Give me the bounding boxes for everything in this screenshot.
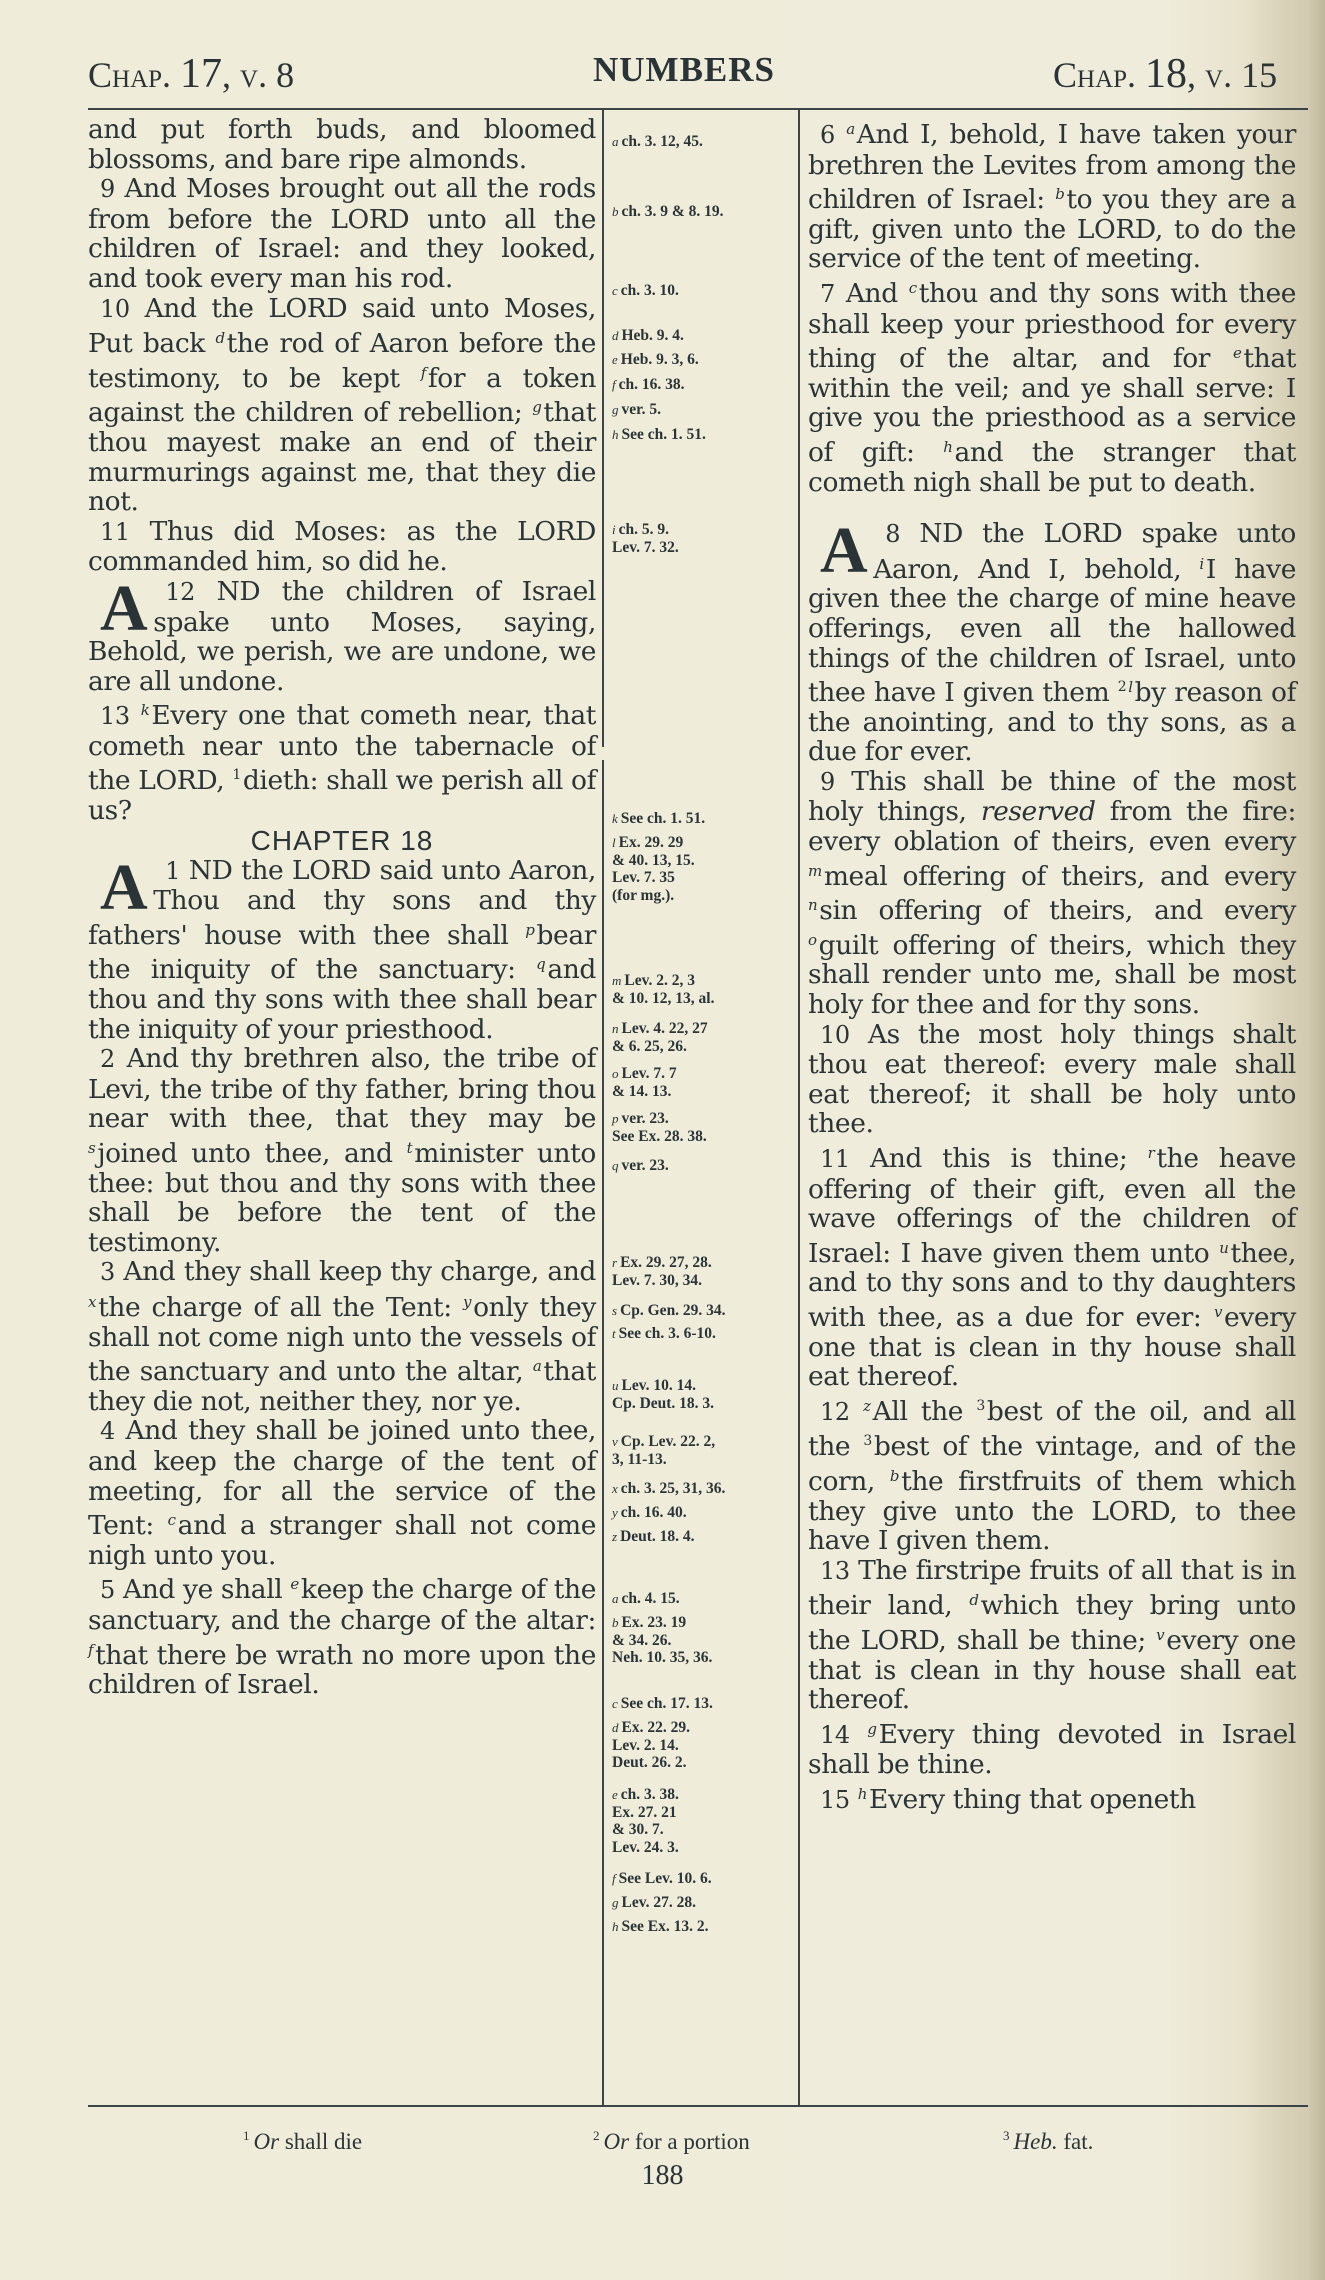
reference-letter: p <box>612 1111 619 1126</box>
cross-reference-item[interactable]: bEx. 23. 19 & 34. 26. Neh. 10. 35, 36. <box>612 1614 792 1667</box>
cross-reference-item[interactable]: oLev. 7. 7 & 14. 13. <box>612 1065 792 1100</box>
cross-reference-item[interactable]: cSee ch. 17. 13. <box>612 1695 792 1713</box>
cross-ref-marker[interactable]: p <box>525 921 534 939</box>
footnote-2: 2Or for a portion <box>593 2128 750 2155</box>
verse-17-11: 11 Thus did Moses: as the LORD commanded… <box>88 517 596 577</box>
column-divider-left-upper <box>602 110 604 747</box>
reference-letter: e <box>612 1787 618 1802</box>
cross-ref-marker[interactable]: e <box>1233 344 1241 362</box>
drop-cap: A <box>808 525 867 577</box>
book-title: NUMBERS <box>593 50 775 90</box>
cross-reference-item[interactable]: uLev. 10. 14. Cp. Deut. 18. 3. <box>612 1377 792 1412</box>
reference-letter: h <box>612 1919 619 1934</box>
verse-18-15: 15 hEvery thing that openeth <box>808 1780 1296 1816</box>
reference-text: See ch. 17. 13. <box>621 1695 713 1712</box>
cross-ref-marker[interactable]: e <box>290 1575 298 1593</box>
reference-letter: d <box>612 328 619 343</box>
cross-reference-item[interactable]: dEx. 22. 29. Lev. 2. 14. Deut. 26. 2. <box>612 1719 792 1772</box>
verse-18-12: 12 zAll the 3best of the oil, and all th… <box>808 1392 1296 1556</box>
cross-reference-item[interactable]: ych. 16. 40. <box>612 1504 792 1522</box>
reference-letter: r <box>612 1255 617 1270</box>
verse-18-8: 8 AND the LORD spake unto Aaron, And I, … <box>808 519 1296 767</box>
cross-reference-item[interactable]: gver. 5. <box>612 401 792 419</box>
verse-18-6: 6 aAnd I, behold, I have taken your bret… <box>808 115 1296 274</box>
chapter-heading: CHAPTER 18 <box>88 826 596 856</box>
verse-18-1: 1 AND the LORD said unto Aaron, Thou and… <box>88 856 596 1045</box>
verse-17-9: 9 And Moses brought out all the rods fro… <box>88 174 596 293</box>
cross-reference-item[interactable]: dHeb. 9. 4. <box>612 327 792 345</box>
verse-18-13: 13 The firstripe fruits of all that is i… <box>808 1556 1296 1715</box>
cross-ref-marker[interactable]: y <box>463 1293 471 1311</box>
cross-ref-marker[interactable]: b <box>1055 185 1064 203</box>
cross-reference-item[interactable]: ach. 3. 12, 45. <box>612 133 792 151</box>
reference-text: See ch. 1. 51. <box>621 810 705 827</box>
reference-text: ver. 5. <box>622 401 661 418</box>
reference-letter: k <box>612 811 618 826</box>
reference-letter: l <box>612 835 616 850</box>
page-edge-shadow <box>1307 0 1325 2280</box>
cross-ref-marker[interactable]: b <box>890 1467 899 1485</box>
cross-ref-marker[interactable]: r <box>1148 1144 1155 1162</box>
cross-reference-item[interactable]: xch. 3. 25, 31, 36. <box>612 1480 792 1498</box>
reference-text: See ch. 3. 6-10. <box>619 1325 716 1342</box>
cross-ref-marker[interactable]: q <box>536 955 545 973</box>
reference-letter: b <box>612 1615 619 1630</box>
reference-text: See Ex. 13. 2. <box>622 1918 709 1935</box>
text-column-right: 6 aAnd I, behold, I have taken your bret… <box>808 115 1296 1815</box>
reference-text: Lev. 7. 7 & 14. 13. <box>612 1065 677 1100</box>
cross-reference-item[interactable]: fch. 16. 38. <box>612 376 792 394</box>
cross-reference-item[interactable]: nLev. 4. 22, 27 & 6. 25, 26. <box>612 1020 792 1055</box>
verse-18-4: 4 And they shall be joined unto thee, an… <box>88 1416 596 1570</box>
cross-ref-marker[interactable]: c <box>168 1511 176 1529</box>
reference-text: ch. 3. 25, 31, 36. <box>621 1480 726 1497</box>
reference-letter: q <box>612 1158 619 1173</box>
reference-text: Lev. 27. 28. <box>622 1894 697 1911</box>
cross-reference-item[interactable]: mLev. 2. 2, 3 & 10. 12, 13, al. <box>612 972 792 1007</box>
running-header: Chap. 17, v. 8 NUMBERS Chap. 18, v. 15 <box>88 50 1318 100</box>
reference-letter: o <box>612 1066 619 1081</box>
cross-reference-item[interactable]: qver. 23. <box>612 1157 792 1175</box>
cross-ref-marker[interactable]: u <box>1219 1239 1228 1257</box>
cross-ref-marker[interactable]: v <box>1156 1626 1164 1644</box>
reference-letter: y <box>612 1505 618 1520</box>
reference-text: Deut. 18. 4. <box>620 1528 694 1545</box>
reference-text: Lev. 4. 22, 27 & 6. 25, 26. <box>612 1020 708 1055</box>
cross-reference-item[interactable]: lEx. 29. 29 & 40. 13, 15. Lev. 7. 35 (fo… <box>612 834 792 904</box>
page-number: 188 <box>0 2160 1325 2192</box>
cross-ref-marker[interactable]: t <box>407 1139 413 1157</box>
cross-ref-marker[interactable]: m <box>808 862 822 880</box>
reference-text: Heb. 9. 4. <box>622 327 684 344</box>
reference-letter: t <box>612 1326 616 1341</box>
header-left-reference: Chap. 17, v. 8 <box>88 50 294 98</box>
cross-ref-marker[interactable]: n <box>808 896 817 914</box>
reference-letter: f <box>612 1871 616 1886</box>
cross-reference-item[interactable]: sCp. Gen. 29. 34. <box>612 1302 792 1320</box>
reference-letter: b <box>612 204 619 219</box>
reference-letter: a <box>612 134 619 149</box>
cross-ref-marker[interactable]: d <box>969 1591 978 1609</box>
reference-text: See ch. 1. 51. <box>622 426 706 443</box>
reference-letter: v <box>612 1434 618 1449</box>
book-page: Chap. 17, v. 8 NUMBERS Chap. 18, v. 15 a… <box>0 0 1325 2280</box>
footnote-marker[interactable]: 2 <box>1118 679 1127 695</box>
reference-letter: s <box>612 1303 617 1318</box>
reference-letter: h <box>612 427 619 442</box>
reference-letter: i <box>612 522 616 537</box>
cross-ref-marker[interactable]: f <box>421 364 426 382</box>
footnote-3: 3Heb. fat. <box>1003 2128 1093 2155</box>
cross-ref-marker[interactable]: i <box>1199 555 1203 573</box>
verse-17-13: 13 kEvery one that cometh near, that com… <box>88 696 596 825</box>
reference-text: ch. 3. 38. Ex. 27. 21 & 30. 7. Lev. 24. … <box>612 1786 679 1856</box>
reference-text: ch. 5. 9. Lev. 7. 32. <box>612 521 679 556</box>
verse-18-3: 3 And they shall keep thy charge, and xt… <box>88 1257 596 1416</box>
footnote-marker[interactable]: 3 <box>976 1398 985 1414</box>
cross-ref-marker[interactable]: l <box>1128 678 1132 696</box>
reference-letter: n <box>612 1021 619 1036</box>
reference-text: ver. 23. <box>622 1157 669 1174</box>
cross-reference-item[interactable]: ich. 5. 9. Lev. 7. 32. <box>612 521 792 556</box>
cross-reference-item[interactable]: ech. 3. 38. Ex. 27. 21 & 30. 7. Lev. 24.… <box>612 1786 792 1856</box>
cross-ref-marker[interactable]: x <box>88 1293 96 1311</box>
reference-letter: c <box>612 1696 618 1711</box>
reference-text: ch. 16. 40. <box>621 1504 687 1521</box>
reference-text: ch. 16. 38. <box>619 376 685 393</box>
reference-text: Ex. 29. 29 & 40. 13, 15. Lev. 7. 35 (for… <box>612 834 695 904</box>
reference-text: ch. 3. 10. <box>621 282 679 299</box>
cross-ref-marker[interactable]: a <box>533 1357 542 1375</box>
verse-18-2: 2 And thy brethren also, the tribe of Le… <box>88 1044 596 1257</box>
reference-text: ch. 3. 12, 45. <box>622 133 703 150</box>
cross-ref-marker[interactable]: d <box>215 329 224 347</box>
reference-text: Cp. Gen. 29. 34. <box>620 1302 726 1319</box>
reference-text: Lev. 10. 14. Cp. Deut. 18. 3. <box>612 1377 714 1412</box>
reference-letter: c <box>612 283 618 298</box>
reference-letter: d <box>612 1720 619 1735</box>
verse-18-7: 7 And cthou and thy sons with thee shall… <box>808 274 1296 497</box>
header-rule <box>88 108 1308 110</box>
reference-text: Ex. 29. 27, 28. Lev. 7. 30, 34. <box>612 1254 712 1289</box>
footnote-marker[interactable]: 3 <box>863 1433 872 1449</box>
reference-text: Cp. Lev. 22. 2, 3, 11-13. <box>612 1433 715 1468</box>
cross-reference-item[interactable]: vCp. Lev. 22. 2, 3, 11-13. <box>612 1433 792 1468</box>
cross-ref-marker[interactable]: c <box>909 279 917 297</box>
cross-reference-item[interactable]: tSee ch. 3. 6-10. <box>612 1325 792 1343</box>
reference-letter: m <box>612 973 621 988</box>
cross-ref-marker[interactable]: o <box>808 931 817 949</box>
cross-reference-item[interactable]: rEx. 29. 27, 28. Lev. 7. 30, 34. <box>612 1254 792 1289</box>
reference-text: Ex. 22. 29. Lev. 2. 14. Deut. 26. 2. <box>612 1719 690 1771</box>
verse-18-14: 14 gEvery thing devoted in Israel shall … <box>808 1715 1296 1780</box>
text-column-left: and put forth buds, and bloomed blossoms… <box>88 115 596 1700</box>
cross-ref-marker[interactable]: s <box>88 1139 95 1157</box>
cross-reference-item[interactable]: gLev. 27. 28. <box>612 1894 792 1912</box>
column-divider-right <box>798 110 800 2105</box>
cross-reference-item[interactable]: pver. 23. See Ex. 28. 38. <box>612 1110 792 1145</box>
cross-ref-marker[interactable]: g <box>532 398 541 416</box>
drop-cap: A <box>88 583 147 635</box>
cross-ref-marker[interactable]: z <box>863 1397 871 1415</box>
footnote-rule <box>88 2105 1308 2107</box>
reference-letter: f <box>612 377 616 392</box>
cross-reference-item[interactable]: ach. 4. 15. <box>612 1590 792 1608</box>
verse-18-9: 9 This shall be thine of the most holy t… <box>808 767 1296 1020</box>
reference-letter: z <box>612 1529 617 1544</box>
reference-letter: g <box>612 1895 619 1910</box>
verse-continuation: and put forth buds, and bloomed blossoms… <box>88 115 596 174</box>
cross-ref-marker[interactable]: f <box>88 1641 93 1659</box>
header-right-reference: Chap. 18, v. 15 <box>1053 50 1277 98</box>
footnotes: 1Or shall die 2Or for a portion 3Heb. fa… <box>0 2128 1325 2158</box>
reference-text: Ex. 23. 19 & 34. 26. Neh. 10. 35, 36. <box>612 1614 712 1666</box>
reference-text: Heb. 9. 3, 6. <box>621 351 699 368</box>
reference-letter: u <box>612 1378 619 1393</box>
footnote-marker[interactable]: 1 <box>232 767 241 783</box>
reference-text: ver. 23. See Ex. 28. 38. <box>612 1110 707 1145</box>
verse-17-12: 12 AND the children of Israel spake unto… <box>88 577 596 696</box>
reference-letter: g <box>612 402 619 417</box>
verse-17-10: 10 And the LORD said unto Moses, Put bac… <box>88 294 596 517</box>
reference-text: ch. 3. 9 & 8. 19. <box>622 203 724 220</box>
cross-ref-marker[interactable]: a <box>846 120 855 138</box>
reference-letter: e <box>612 352 618 367</box>
cross-ref-marker[interactable]: h <box>943 438 952 456</box>
verse-18-5: 5 And ye shall ekeep the charge of the s… <box>88 1570 596 1699</box>
cross-reference-item[interactable]: cch. 3. 10. <box>612 282 792 300</box>
cross-reference-item[interactable]: hSee Ex. 13. 2. <box>612 1918 792 1936</box>
verse-18-11: 11 And this is thine; rthe heave offerin… <box>808 1139 1296 1392</box>
verse-18-10: 10 As the most holy things shalt thou ea… <box>808 1020 1296 1139</box>
drop-cap: A <box>88 862 147 914</box>
cross-ref-marker[interactable]: g <box>867 1720 876 1738</box>
cross-ref-marker[interactable]: k <box>141 701 150 719</box>
reference-text: See Lev. 10. 6. <box>619 1870 712 1887</box>
cross-ref-marker[interactable]: h <box>858 1785 867 1803</box>
reference-text: ch. 4. 15. <box>622 1590 680 1607</box>
cross-ref-marker[interactable]: v <box>1214 1303 1222 1321</box>
cross-reference-item[interactable]: bch. 3. 9 & 8. 19. <box>612 203 792 221</box>
cross-reference-item[interactable]: zDeut. 18. 4. <box>612 1528 792 1546</box>
footnote-1: 1Or shall die <box>243 2128 362 2155</box>
cross-reference-item[interactable]: kSee ch. 1. 51. <box>612 810 792 828</box>
reference-letter: x <box>612 1481 618 1496</box>
reference-letter: a <box>612 1591 619 1606</box>
cross-reference-item[interactable]: hSee ch. 1. 51. <box>612 426 792 444</box>
column-divider-left-lower <box>602 760 604 2105</box>
reference-text: Lev. 2. 2, 3 & 10. 12, 13, al. <box>612 972 714 1007</box>
cross-reference-item[interactable]: eHeb. 9. 3, 6. <box>612 351 792 369</box>
cross-reference-item[interactable]: fSee Lev. 10. 6. <box>612 1870 792 1888</box>
